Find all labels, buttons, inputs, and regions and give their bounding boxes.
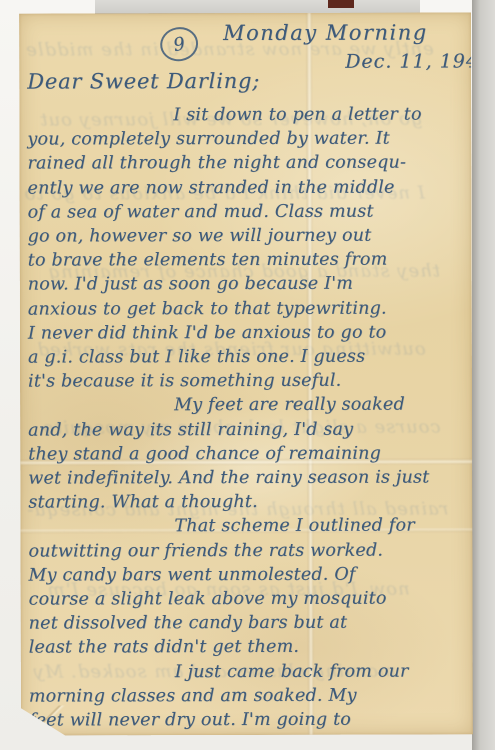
letter-line: anxious to get back to that typewriting. xyxy=(28,296,470,321)
letter-line: now. I'd just as soon go because I'm xyxy=(28,272,470,297)
page-number: 9 xyxy=(172,33,187,56)
letter-line: to brave the elements ten minutes from xyxy=(28,248,470,273)
salutation: Dear Sweet Darling; xyxy=(27,69,260,94)
heading-date: Dec. 11, 1944 xyxy=(345,50,492,72)
letter-line: rained all through the night and consequ… xyxy=(27,151,469,176)
letter-line: and, the way its still raining, I'd say xyxy=(28,417,470,442)
letter-line: net dissolved the candy bars but at xyxy=(29,611,471,636)
letter-line: ently we are now stranded in the middle xyxy=(27,175,469,200)
letter-line: least the rats didn't get them. xyxy=(29,635,471,660)
heading-day: Monday Morning xyxy=(223,21,428,46)
page-number-circle: 9 xyxy=(157,24,200,64)
letter-line: they stand a good chance of remaining xyxy=(28,441,470,466)
letter-line: wet indefinitely. And the rainy season i… xyxy=(28,465,470,490)
letter-line: I sit down to pen a letter to xyxy=(27,102,469,127)
scanner-background-right xyxy=(472,0,495,750)
scanned-letter-page: ently we are now stranded in the middle … xyxy=(0,0,495,750)
letter-body: I sit down to pen a letter to you, compl… xyxy=(27,102,471,732)
letter-line: morning classes and am soaked. My xyxy=(29,683,471,708)
letter-line: it's because it is something useful. xyxy=(28,369,470,394)
letter-line: course a slight leak above my mosquito xyxy=(29,586,471,611)
letter-line: a g.i. class but I like this one. I gues… xyxy=(28,344,470,369)
letter-line: My feet are really soaked xyxy=(28,393,470,418)
letter-line: of a sea of water and mud. Class must xyxy=(28,199,470,224)
letter-line: starting. What a thought. xyxy=(28,490,470,515)
letter-paper: ently we are now stranded in the middle … xyxy=(19,12,473,735)
letter-line: feet will never dry out. I'm going to xyxy=(29,707,471,732)
letter-line: I just came back from our xyxy=(29,659,471,684)
letter-line: outwitting our friends the rats worked. xyxy=(28,538,470,563)
letter-line: go on, however so we will journey out xyxy=(28,223,470,248)
scanner-background-notch xyxy=(328,0,354,8)
letter-line: I never did think I'd be anxious to go t… xyxy=(28,320,470,345)
letter-line: My candy bars went unmolested. Of xyxy=(28,562,470,587)
letter-line: you, completely surrounded by water. It xyxy=(27,127,469,152)
scanner-background-strip xyxy=(95,0,420,14)
letter-line: That scheme I outlined for xyxy=(28,514,470,539)
